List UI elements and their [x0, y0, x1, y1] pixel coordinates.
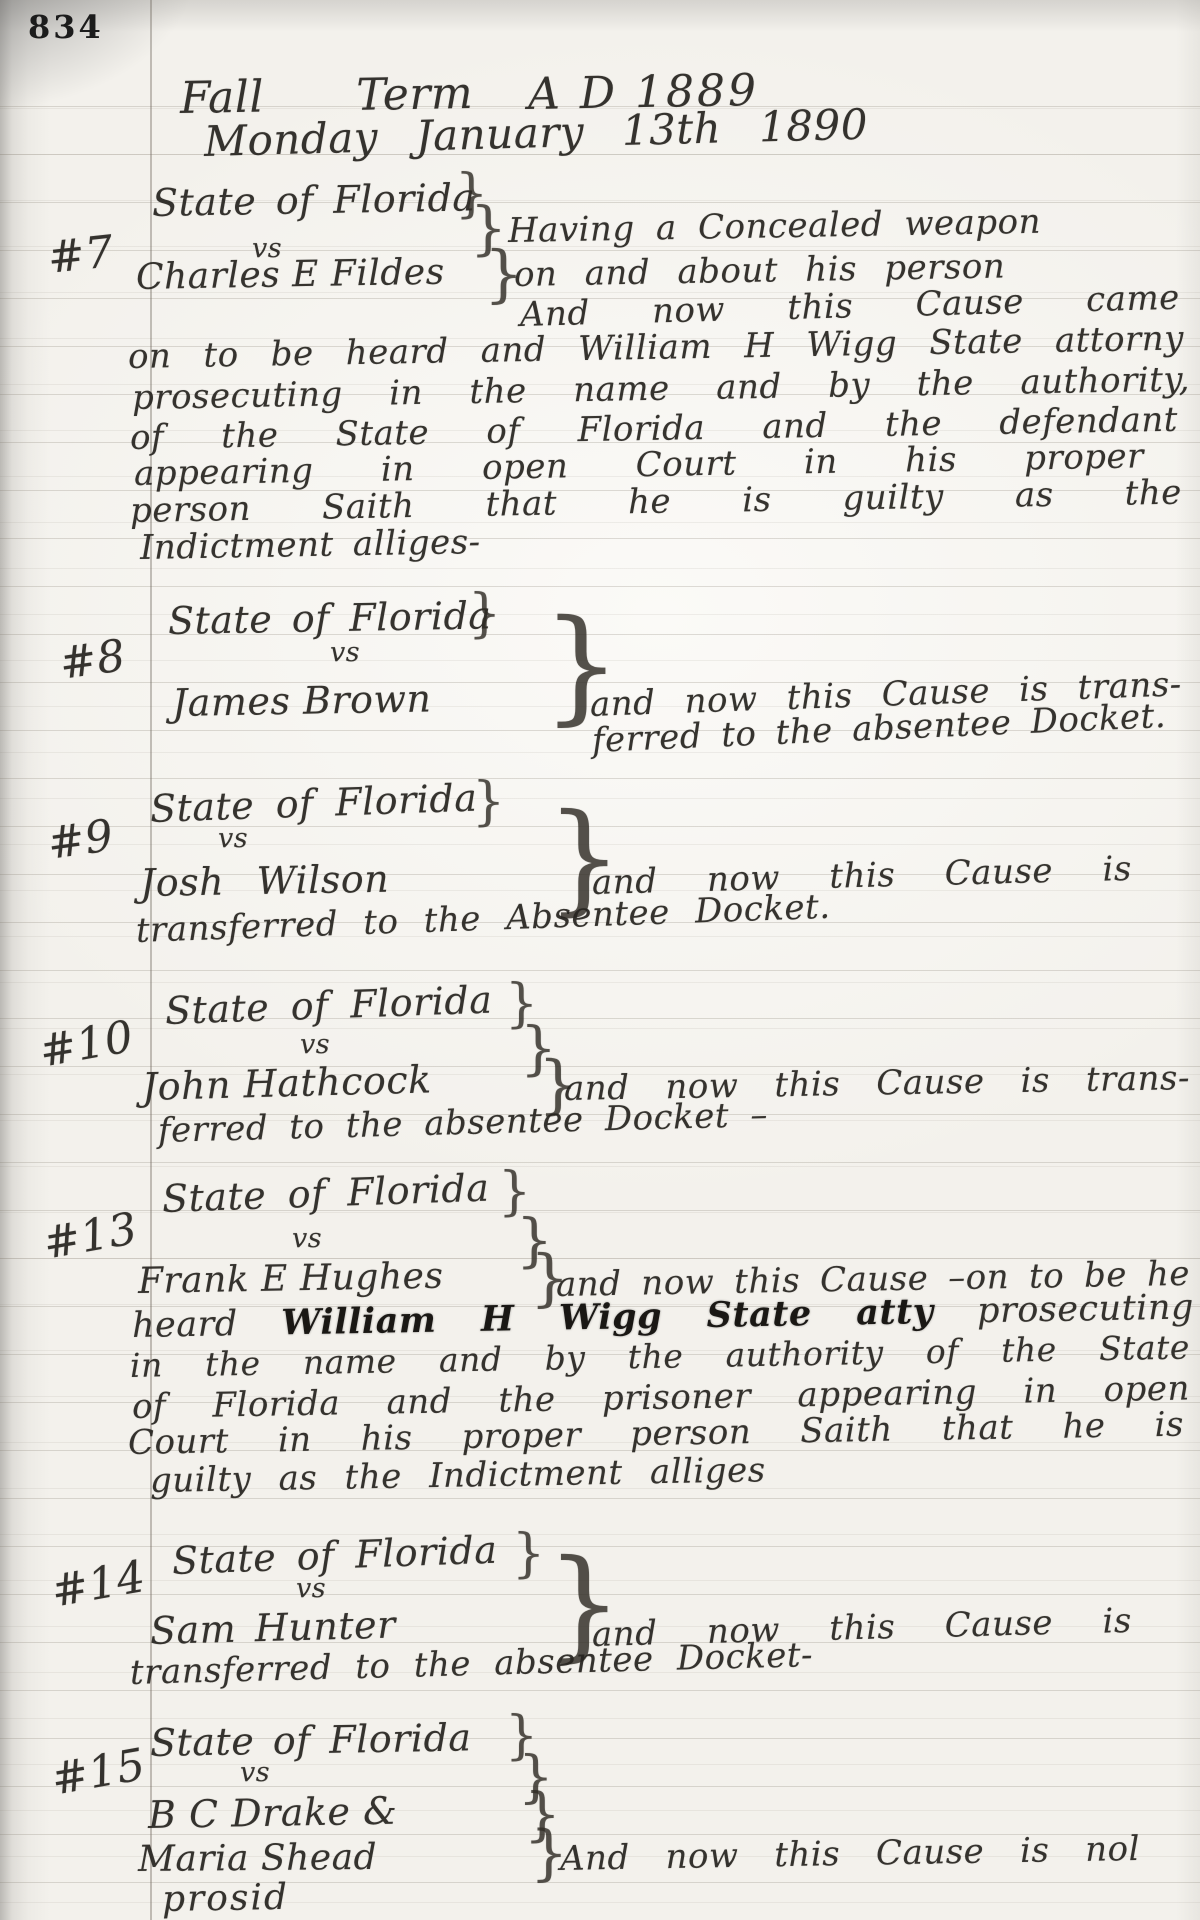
case-8-vs: vs [330, 638, 360, 668]
case-15-result-line-2: prosid [162, 1878, 290, 1920]
case-9-vs: vs [218, 824, 248, 854]
case-8-plaintiff: State of Florida [168, 594, 492, 642]
case-15-result-line-1: And now this Cause is nol [560, 1830, 1141, 1878]
case-15-vs: vs [240, 1758, 270, 1788]
case-8-number: #8 [57, 631, 129, 689]
case-13-defendant: Frank E Hughes [138, 1257, 444, 1303]
brace-mark: } [468, 592, 501, 636]
case-14-number: #14 [48, 1552, 149, 1617]
case-14-vs: vs [296, 1574, 326, 1604]
case-9-defendant: Josh Wilson [140, 858, 390, 905]
page-number: 834 [28, 8, 104, 46]
case-14-plaintiff: State of Florida [171, 1529, 498, 1583]
case-14-defendant: Sam Hunter [149, 1604, 396, 1653]
case-15-defendant-2: Maria Shead [138, 1838, 377, 1880]
case-15-defendant-1: B C Drake & [148, 1790, 398, 1837]
case-9-number: #9 [45, 811, 117, 869]
case-10-defendant: John Hathcock [141, 1058, 432, 1108]
case-13-body-line-1-end: prosecuting [977, 1287, 1194, 1331]
case-10-plaintiff: State of Florida [164, 979, 493, 1033]
case-13-number: #13 [40, 1204, 141, 1269]
case-13-body-line-5: guilty as the Indictment alliges [150, 1451, 766, 1500]
case-8-defendant: James Brown [172, 677, 432, 724]
case-10-vs: vs [300, 1030, 330, 1060]
case-15-number: #15 [48, 1740, 149, 1805]
case-7-body-line-6: Indictment alliges- [140, 523, 481, 567]
ledger-page: 834 Fall Term A D 1889 Monday January 13… [0, 0, 1200, 1920]
case-13-vs: vs [292, 1224, 322, 1254]
case-13-plaintiff: State of Florida [161, 1167, 490, 1221]
case-7-charge-line-1: Having a Concealed weapon [508, 203, 1042, 250]
case-10-number: #10 [36, 1012, 137, 1077]
brace-mark: } [512, 1532, 545, 1576]
case-7-number: #7 [45, 227, 116, 283]
case-9-plaintiff: State of Florida [149, 777, 478, 831]
case-15-plaintiff: State of Florida [150, 1716, 472, 1764]
brace-mark: } [472, 780, 505, 824]
case-13-body-line-1-start: heard [132, 1304, 238, 1346]
case-7-defendant: Charles E Fildes [136, 253, 445, 299]
case-7-plaintiff: State of Florida [152, 176, 476, 224]
